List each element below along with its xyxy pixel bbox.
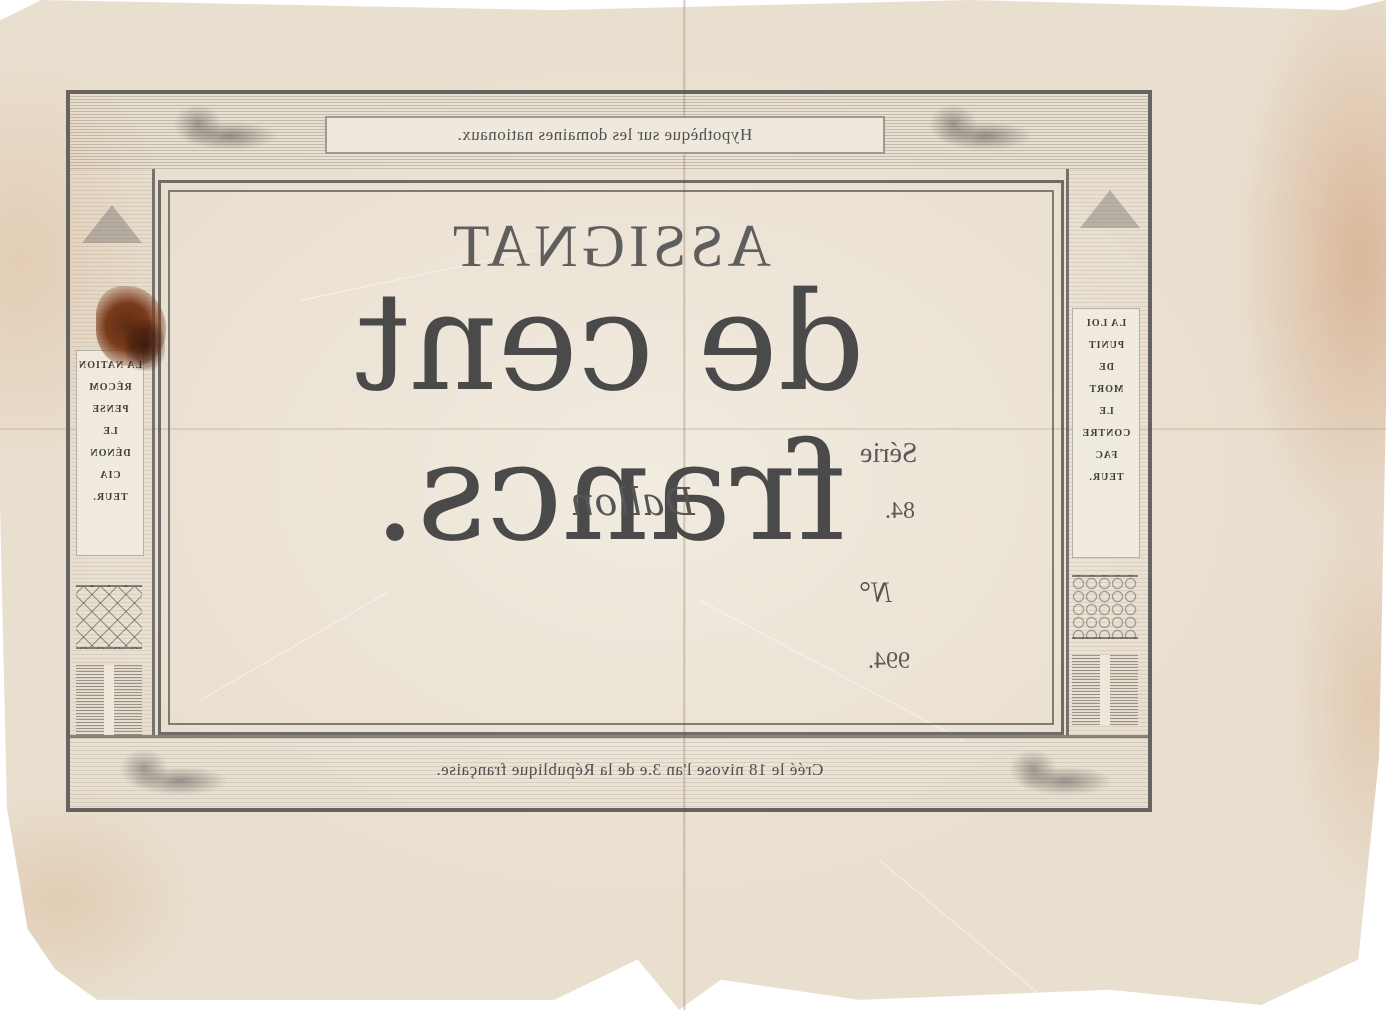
hercules-lion-vignette bbox=[985, 745, 1145, 805]
right-panel-inscription: LA LOI PUNIT DE MORT LE CONTRE FAC TEUR. bbox=[1072, 308, 1140, 558]
left-lattice-ornament bbox=[76, 585, 142, 649]
left-panel-inscription: LA NATION RÉCOM PENSE LE DÉNON CIA TEUR. bbox=[76, 350, 144, 556]
top-right-vignette bbox=[905, 100, 1065, 160]
series-number: 84. bbox=[885, 498, 915, 525]
right-liberty-cap-ornament bbox=[1080, 190, 1140, 228]
blacksmith-vignette bbox=[90, 745, 270, 805]
bottom-banner: Créé le 18 nivose l'an 3.e de la Républi… bbox=[270, 760, 990, 780]
top-banner: Hypothèque sur les domaines nationaux. bbox=[325, 116, 885, 154]
right-ring-ornament bbox=[1072, 575, 1138, 639]
ink-stain-core bbox=[125, 320, 165, 370]
series-label: Série bbox=[860, 438, 918, 470]
number-label: N° bbox=[860, 576, 892, 610]
serial-number: 994. bbox=[868, 648, 910, 675]
signature: Dallon bbox=[570, 480, 695, 524]
top-left-vignette bbox=[150, 100, 310, 160]
left-pediment-ornament bbox=[82, 205, 142, 243]
left-pillar-base bbox=[76, 665, 142, 735]
right-pillar-base bbox=[1072, 655, 1138, 725]
